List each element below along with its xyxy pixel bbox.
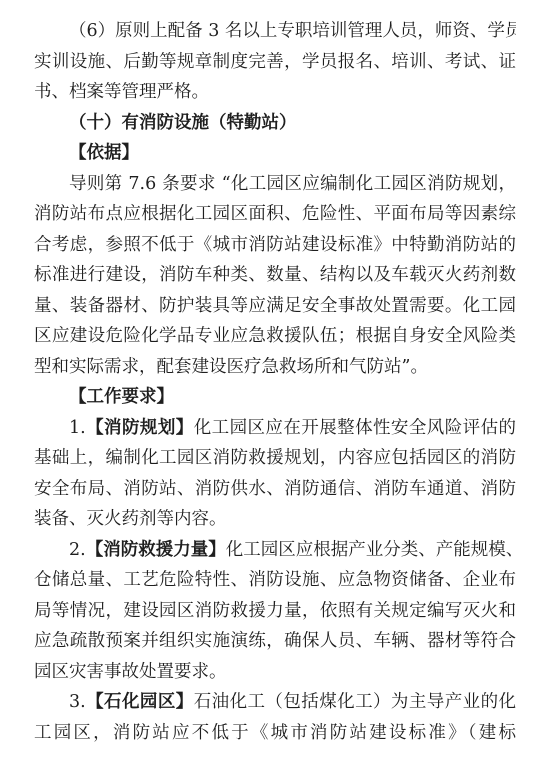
list-item-line: 1.【消防规划】化工园区应在开展整体性安全风险评估的 (34, 413, 516, 444)
basis-heading: 【依据】 (34, 138, 516, 169)
section-heading: （十）有消防设施（特勤站） (34, 108, 516, 139)
document-page: （6）原则上配备 3 名以上专职培训管理人员，师资、学员、 实训设施、后勤等规章… (0, 0, 550, 762)
para-line: 标准进行建设，消防车种类、数量、结构以及车载灭火药剂数 (34, 260, 516, 291)
para-line: 型和实际需求，配套建设医疗急救场所和气防站”。 (34, 352, 516, 383)
para-line: 合考虑，参照不低于《城市消防站建设标准》中特勤消防站的 (34, 230, 516, 261)
item-tag: 【石化园区】 (86, 692, 194, 712)
para-line: 工园区，消防站应不低于《城市消防站建设标准》（建标 (34, 718, 516, 749)
para-line: 量、装备器材、防护装具等应满足安全事故处置需要。化工园 (34, 291, 516, 322)
item-number: 3. (69, 692, 86, 712)
item-tag: 【消防规划】 (86, 418, 194, 438)
para-line: 区应建设危险化学品专业应急救援队伍；根据自身安全风险类 (34, 321, 516, 352)
para-line: 园区灾害事故处置要求。 (34, 657, 516, 688)
item-text: 石油化工（包括煤化工）为主导产业的化 (194, 692, 516, 712)
para-line: 应急疏散预案并组织实施演练，确保人员、车辆、器材等符合 (34, 626, 516, 657)
item-number: 2. (69, 540, 86, 560)
para-line: 局等情况，建设园区消防救援力量，依照有关规定编写灭火和 (34, 596, 516, 627)
item-text: 化工园区应根据产业分类、产能规模、 (226, 540, 516, 560)
para-line: 消防站布点应根据化工园区面积、危险性、平面布局等因素综 (34, 199, 516, 230)
item-number: 1. (69, 418, 86, 438)
list-item-line: 3.【石化园区】石油化工（包括煤化工）为主导产业的化 (34, 687, 516, 718)
para-line: 仓储总量、工艺危险特性、消防设施、应急物资储备、企业布 (34, 565, 516, 596)
requirements-heading: 【工作要求】 (34, 382, 516, 413)
para-line: 装备、灭火药剂等内容。 (34, 504, 516, 535)
list-item-line: 2.【消防救援力量】化工园区应根据产业分类、产能规模、 (34, 535, 516, 566)
para-line: 书、档案等管理严格。 (34, 77, 516, 108)
para-line: 导则第 7.6 条要求 “化工园区应编制化工园区消防规划， (34, 169, 516, 200)
para-line: 实训设施、后勤等规章制度完善，学员报名、培训、考试、证 (34, 47, 516, 78)
item-text: 化工园区应在开展整体性安全风险评估的 (194, 418, 516, 438)
item-tag: 【消防救援力量】 (86, 540, 226, 560)
para-line: （6）原则上配备 3 名以上专职培训管理人员，师资、学员、 (34, 16, 516, 47)
para-line: 安全布局、消防站、消防供水、消防通信、消防车通道、消防 (34, 474, 516, 505)
para-line: 基础上，编制化工园区消防救援规划，内容应包括园区的消防 (34, 443, 516, 474)
